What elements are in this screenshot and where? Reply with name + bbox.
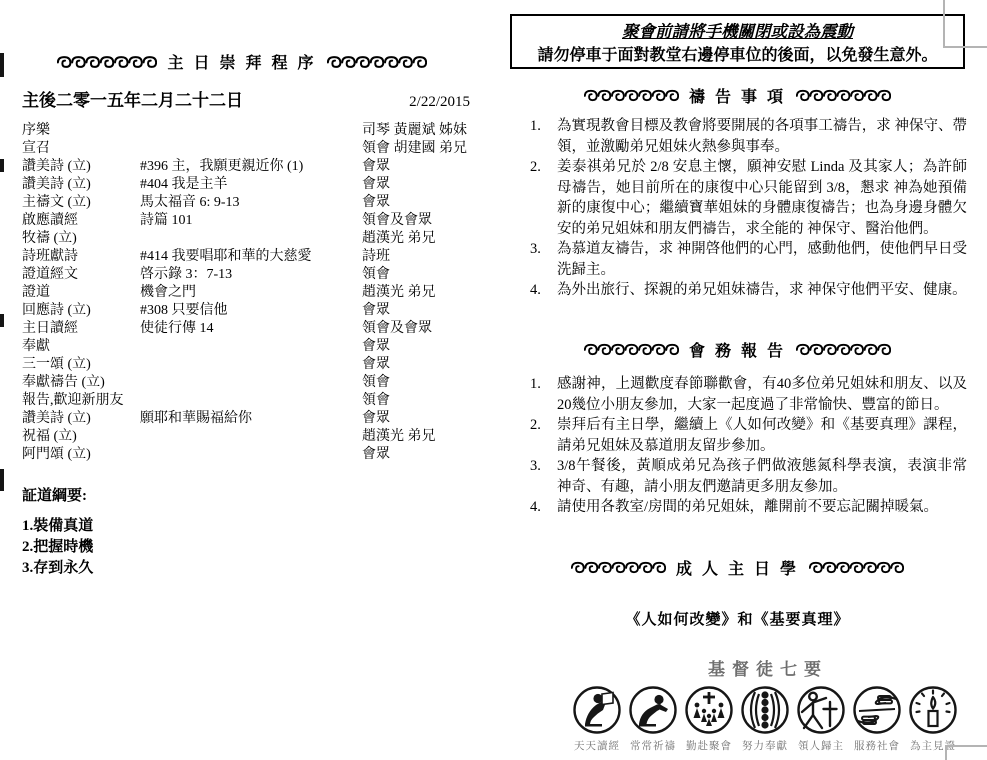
program-role: 詩班 [362, 248, 482, 266]
scan-artifact [0, 53, 4, 77]
program-item: 奉獻禱告 (立) [22, 374, 140, 392]
witness-icon [908, 685, 958, 735]
program-row: 祝福 (立) 趙漢光 弟兄 [22, 428, 482, 446]
program-detail: #414 我要唱耶和華的大慈愛 [140, 248, 362, 266]
essential-label: 領人歸主 [798, 738, 844, 753]
frame-corner-mark-bottom-right [945, 745, 987, 760]
item-text: 為慕道友禱告，求 神開啓他們的心門，感動他們，使他們早日受洗歸主。 [557, 239, 967, 280]
program-role: 領會 [362, 374, 482, 392]
program-row: 證道經文 啓示錄 3：7-13 領會 [22, 266, 482, 284]
program-detail: 機會之門 [140, 284, 362, 302]
program-item: 啟應讀經 [22, 212, 140, 230]
item-number: 3. [530, 456, 557, 477]
ornament-left-icon [571, 561, 666, 574]
gathering-icon [684, 685, 734, 735]
essential-label: 天天讀經 [574, 738, 620, 753]
program-row: 奉獻禱告 (立) 領會 [22, 374, 482, 392]
leading-icon [796, 685, 846, 735]
frame-corner-mark-top-right [943, 0, 987, 48]
program-detail: 願耶和華賜福給你 [140, 410, 362, 428]
prayer-item: 1. 為實現教會目標及教會將要開展的各項事工禱告，求 神保守、帶領，並激勵弟兄姐… [530, 116, 967, 157]
ornament-right-icon [809, 561, 904, 574]
notice-box: 聚會前請將手機關閉或設為震動 請勿停車于面對教堂右邊停車位的後面，以免發生意外。 [510, 14, 965, 69]
prayer-item: 4. 為外出旅行、探親的弟兄姐妹禱告，求 神保守他們平安、健康。 [530, 280, 967, 301]
item-number: 3. [530, 239, 557, 260]
ornament-right-icon [796, 343, 891, 356]
program-role: 領會及會眾 [362, 320, 482, 338]
prayer-section-title: 禱 告 事 項 [689, 84, 786, 107]
program-role: 會眾 [362, 194, 482, 212]
essential-witness: 為主見證 [908, 685, 958, 753]
report-item: 4. 請使用各教室/房間的弟兄姐妹，離開前不要忘記關掉暖氣。 [530, 497, 967, 518]
praying-icon [628, 685, 678, 735]
program-role: 會眾 [362, 338, 482, 356]
sunday-school-courses: 《人如何改變》和《基要真理》 [510, 608, 965, 629]
prayer-item: 3. 為慕道友禱告，求 神開啓他們的心門，感動他們，使他們早日受洗歸主。 [530, 239, 967, 280]
program-row: 主禱文 (立) 馬太福音 6: 9-13 會眾 [22, 194, 482, 212]
worship-program-list: 序樂 司琴 黃麗斌 姊妹 宣召 領會 胡建國 弟兄 讚美詩 (立) #396 主… [22, 122, 482, 464]
scan-artifact [0, 159, 4, 172]
item-text: 3/8午餐後，黃順成弟兄為孩子們做液態氮科學表演，表演非常神奇、有趣，請小朋友們… [557, 456, 967, 497]
prayer-items-list: 1. 為實現教會目標及教會將要開展的各項事工禱告，求 神保守、帶領，並激勵弟兄姐… [530, 116, 967, 301]
program-row: 報告,歡迎新朋友 領會 [22, 392, 482, 410]
report-section-header: 會 務 報 告 [510, 338, 965, 361]
serving-icon [852, 685, 902, 735]
essential-serve-society: 服務社會 [852, 685, 902, 753]
program-row: 三一頌 (立) 會眾 [22, 356, 482, 374]
sermon-outline-item: 2.把握時機 [22, 537, 93, 558]
prayer-item: 2. 姜泰祺弟兄於 2/8 安息主懷，願神安慰 Linda 及其家人；為許師母禱… [530, 157, 967, 239]
program-row: 牧禱 (立) 趙漢光 弟兄 [22, 230, 482, 248]
program-row: 宣召 領會 胡建國 弟兄 [22, 140, 482, 158]
program-item: 回應詩 (立) [22, 302, 140, 320]
program-item: 祝福 (立) [22, 428, 140, 446]
program-role: 領會 胡建國 弟兄 [362, 140, 482, 158]
program-detail [140, 446, 362, 464]
item-text: 為外出旅行、探親的弟兄姐妹禱告，求 神保守他們平安、健康。 [557, 280, 967, 301]
item-number: 2. [530, 157, 557, 178]
program-item: 證道 [22, 284, 140, 302]
seven-essentials-title: 基督徒七要 [572, 655, 964, 680]
program-role: 領會 [362, 266, 482, 284]
report-item: 2. 崇拜后有主日學，繼續上《人如何改變》和《基要真理》課程，請弟兄姐妹及慕道朋… [530, 415, 967, 456]
program-row: 讚美詩 (立) #404 我是主羊 會眾 [22, 176, 482, 194]
program-item: 牧禱 (立) [22, 230, 140, 248]
program-row: 回應詩 (立) #308 只要信他 會眾 [22, 302, 482, 320]
essential-label: 服務社會 [854, 738, 900, 753]
program-detail: #404 我是主羊 [140, 176, 362, 194]
item-text: 崇拜后有主日學，繼續上《人如何改變》和《基要真理》課程，請弟兄姐妹及慕道朋友留步… [557, 415, 967, 456]
program-role: 會眾 [362, 176, 482, 194]
scan-artifact [0, 314, 4, 327]
program-detail [140, 230, 362, 248]
essential-pray: 常常祈禱 [628, 685, 678, 753]
program-role: 趙漢光 弟兄 [362, 428, 482, 446]
program-detail [140, 140, 362, 158]
program-detail [140, 428, 362, 446]
program-role: 會眾 [362, 158, 482, 176]
item-text: 請使用各教室/房間的弟兄姐妹，離開前不要忘記關掉暖氣。 [557, 497, 967, 518]
sermon-outline-item: 3.存到永久 [22, 558, 93, 579]
worship-order-header: 主 日 崇 拜 程 序 [22, 50, 462, 73]
program-item: 詩班獻詩 [22, 248, 140, 266]
program-detail: 馬太福音 6: 9-13 [140, 194, 362, 212]
program-detail [140, 356, 362, 374]
program-detail: 詩篇 101 [140, 212, 362, 230]
program-role: 會眾 [362, 356, 482, 374]
offering-icon [740, 685, 790, 735]
notice-parking-line: 請勿停車于面對教堂右邊停車位的後面，以免發生意外。 [516, 42, 959, 65]
program-row: 阿門頌 (立) 會眾 [22, 446, 482, 464]
prayer-section-header: 禱 告 事 項 [510, 84, 965, 107]
sermon-outline-title: 証道綱要: [22, 484, 87, 505]
seven-essentials-row: 天天讀經 常常祈禱 [572, 685, 964, 753]
essential-lead-to-christ: 領人歸主 [796, 685, 846, 753]
program-item: 三一頌 (立) [22, 356, 140, 374]
report-item: 3. 3/8午餐後，黃順成弟兄為孩子們做液態氮科學表演，表演非常神奇、有趣，請小… [530, 456, 967, 497]
essential-label: 努力奉獻 [742, 738, 788, 753]
essential-offering: 努力奉獻 [740, 685, 790, 753]
program-item: 宣召 [22, 140, 140, 158]
item-text: 姜泰祺弟兄於 2/8 安息主懷，願神安慰 Linda 及其家人；為許師母禱告，她… [557, 157, 967, 239]
item-number: 1. [530, 374, 557, 395]
program-item: 阿門頌 (立) [22, 446, 140, 464]
item-number: 2. [530, 415, 557, 436]
ornament-left-icon [57, 55, 157, 69]
church-bulletin-page: 主 日 崇 拜 程 序 主後二零一五年二月二十二日 2/22/2015 序樂 司… [0, 0, 987, 760]
program-role: 會眾 [362, 302, 482, 320]
program-item: 證道經文 [22, 266, 140, 284]
program-row: 詩班獻詩 #414 我要唱耶和華的大慈愛 詩班 [22, 248, 482, 266]
program-row: 奉獻 會眾 [22, 338, 482, 356]
report-item: 1. 感謝神，上週歡度春節聯歡會，有40多位弟兄姐妹和朋友、以及20幾位小朋友參… [530, 374, 967, 415]
essential-attend-meetings: 勤赴聚會 [684, 685, 734, 753]
item-number: 4. [530, 497, 557, 518]
reading-icon [572, 685, 622, 735]
program-row: 讚美詩 (立) #396 主，我願更親近你 (1) 會眾 [22, 158, 482, 176]
essential-label: 常常祈禱 [630, 738, 676, 753]
program-row: 主日讀經 使徒行傳 14 領會及會眾 [22, 320, 482, 338]
program-role: 會眾 [362, 446, 482, 464]
program-detail [140, 338, 362, 356]
program-role: 趙漢光 弟兄 [362, 284, 482, 302]
date-numeric: 2/22/2015 [409, 94, 470, 111]
program-row: 序樂 司琴 黃麗斌 姊妹 [22, 122, 482, 140]
seven-essentials-graphic: 基督徒七要 天天讀經 [572, 655, 964, 753]
item-text: 感謝神，上週歡度春節聯歡會，有40多位弟兄姐妹和朋友、以及20幾位小朋友參加，大… [557, 374, 967, 415]
program-detail: #308 只要信他 [140, 302, 362, 320]
program-role: 趙漢光 弟兄 [362, 230, 482, 248]
program-role: 領會 [362, 392, 482, 410]
item-number: 4. [530, 280, 557, 301]
program-role: 會眾 [362, 410, 482, 428]
program-row: 讚美詩 (立) 願耶和華賜福給你 會眾 [22, 410, 482, 428]
program-item: 序樂 [22, 122, 140, 140]
program-role: 司琴 黃麗斌 姊妹 [362, 122, 482, 140]
program-item: 主日讀經 [22, 320, 140, 338]
item-number: 1. [530, 116, 557, 137]
ornament-left-icon [584, 89, 679, 102]
program-item: 報告,歡迎新朋友 [22, 392, 140, 410]
program-item: 主禱文 (立) [22, 194, 140, 212]
sermon-outline-list: 1.裝備真道 2.把握時機 3.存到永久 [22, 516, 93, 579]
program-detail [140, 122, 362, 140]
essential-label: 勤赴聚會 [686, 738, 732, 753]
program-detail [140, 374, 362, 392]
report-items-list: 1. 感謝神，上週歡度春節聯歡會，有40多位弟兄姐妹和朋友、以及20幾位小朋友參… [530, 374, 967, 518]
program-detail [140, 392, 362, 410]
scan-artifact [0, 469, 4, 491]
program-role: 領會及會眾 [362, 212, 482, 230]
notice-phone-line: 聚會前請將手機關閉或設為震動 [516, 18, 959, 42]
program-detail: 使徒行傳 14 [140, 320, 362, 338]
report-section-title: 會 務 報 告 [689, 338, 786, 361]
program-row: 啟應讀經 詩篇 101 領會及會眾 [22, 212, 482, 230]
sunday-school-title: 成 人 主 日 學 [676, 556, 799, 579]
ornament-left-icon [584, 343, 679, 356]
ornament-right-icon [796, 89, 891, 102]
worship-order-title: 主 日 崇 拜 程 序 [167, 50, 316, 73]
program-item: 奉獻 [22, 338, 140, 356]
program-detail: 啓示錄 3：7-13 [140, 266, 362, 284]
program-detail: #396 主，我願更親近你 (1) [140, 158, 362, 176]
item-text: 為實現教會目標及教會將要開展的各項事工禱告，求 神保守、帶領，並激勵弟兄姐妹火熱… [557, 116, 967, 157]
date-row: 主後二零一五年二月二十二日 2/22/2015 [22, 86, 470, 111]
sermon-outline-item: 1.裝備真道 [22, 516, 93, 537]
program-row: 證道 機會之門 趙漢光 弟兄 [22, 284, 482, 302]
program-item: 讚美詩 (立) [22, 410, 140, 428]
essential-read-bible: 天天讀經 [572, 685, 622, 753]
sunday-school-header: 成 人 主 日 學 [510, 556, 965, 579]
program-item: 讚美詩 (立) [22, 176, 140, 194]
ornament-right-icon [327, 55, 427, 69]
program-item: 讚美詩 (立) [22, 158, 140, 176]
date-chinese: 主後二零一五年二月二十二日 [22, 86, 243, 111]
